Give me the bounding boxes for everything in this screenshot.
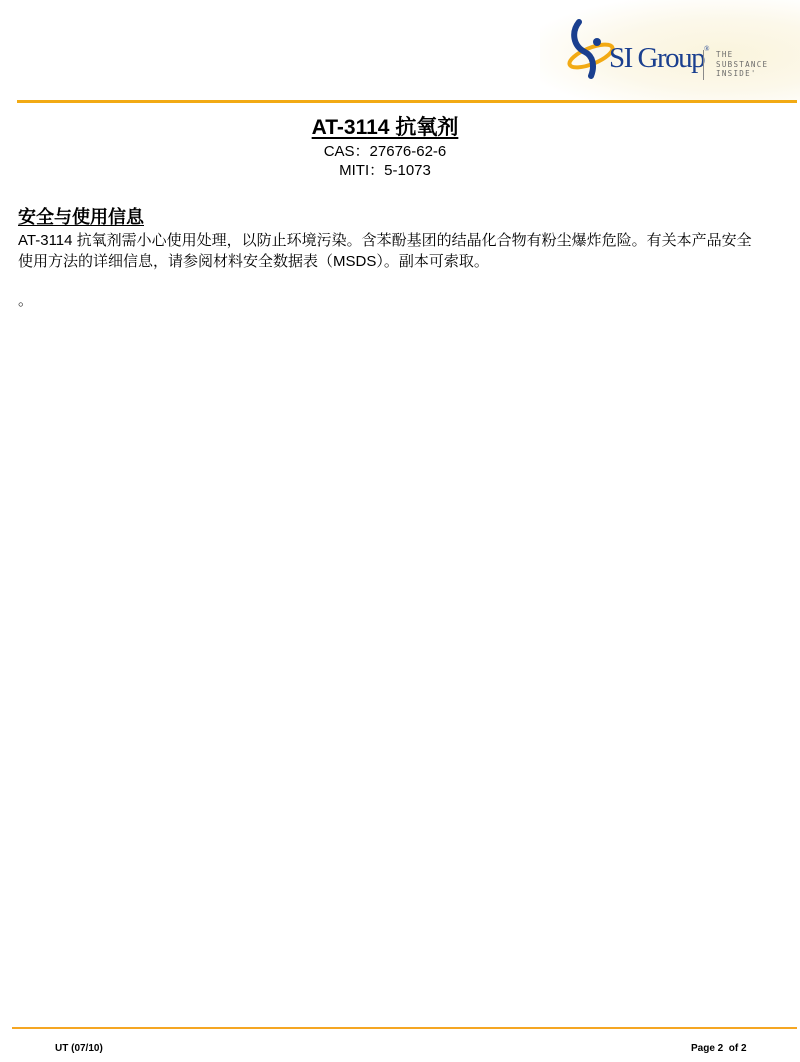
header-rule — [17, 100, 797, 103]
logo-wordmark-text: SI Group — [609, 42, 704, 74]
logo-wordmark: SI Group® — [609, 44, 709, 73]
footer-document-code: UT (07/10) — [55, 1043, 103, 1055]
safety-section: 安全与使用信息 AT-3114 抗氧剂需小心使用处理，以防止环境污染。含苯酚基团… — [18, 206, 788, 272]
footer-page-number: Page 2 of 2 — [691, 1043, 747, 1055]
stray-punctuation: 。 — [18, 291, 33, 311]
title-block: AT-3114 抗氧剂 CAS：27676-62-6 MITI：5-1073 — [0, 114, 770, 180]
footer-rule — [12, 1027, 797, 1029]
section-heading: 安全与使用信息 — [18, 206, 788, 228]
document-title: AT-3114 抗氧剂 — [0, 114, 770, 142]
registered-mark: ® — [704, 45, 709, 53]
logo-tagline: THE SUBSTANCE INSIDE' — [716, 50, 768, 79]
miti-number: MITI：5-1073 — [0, 161, 770, 180]
cas-number: CAS：27676-62-6 — [0, 142, 770, 161]
section-body: AT-3114 抗氧剂需小心使用处理，以防止环境污染。含苯酚基团的结晶化合物有粉… — [18, 230, 763, 272]
logo-divider — [703, 50, 704, 80]
si-group-logo-icon — [565, 18, 615, 80]
